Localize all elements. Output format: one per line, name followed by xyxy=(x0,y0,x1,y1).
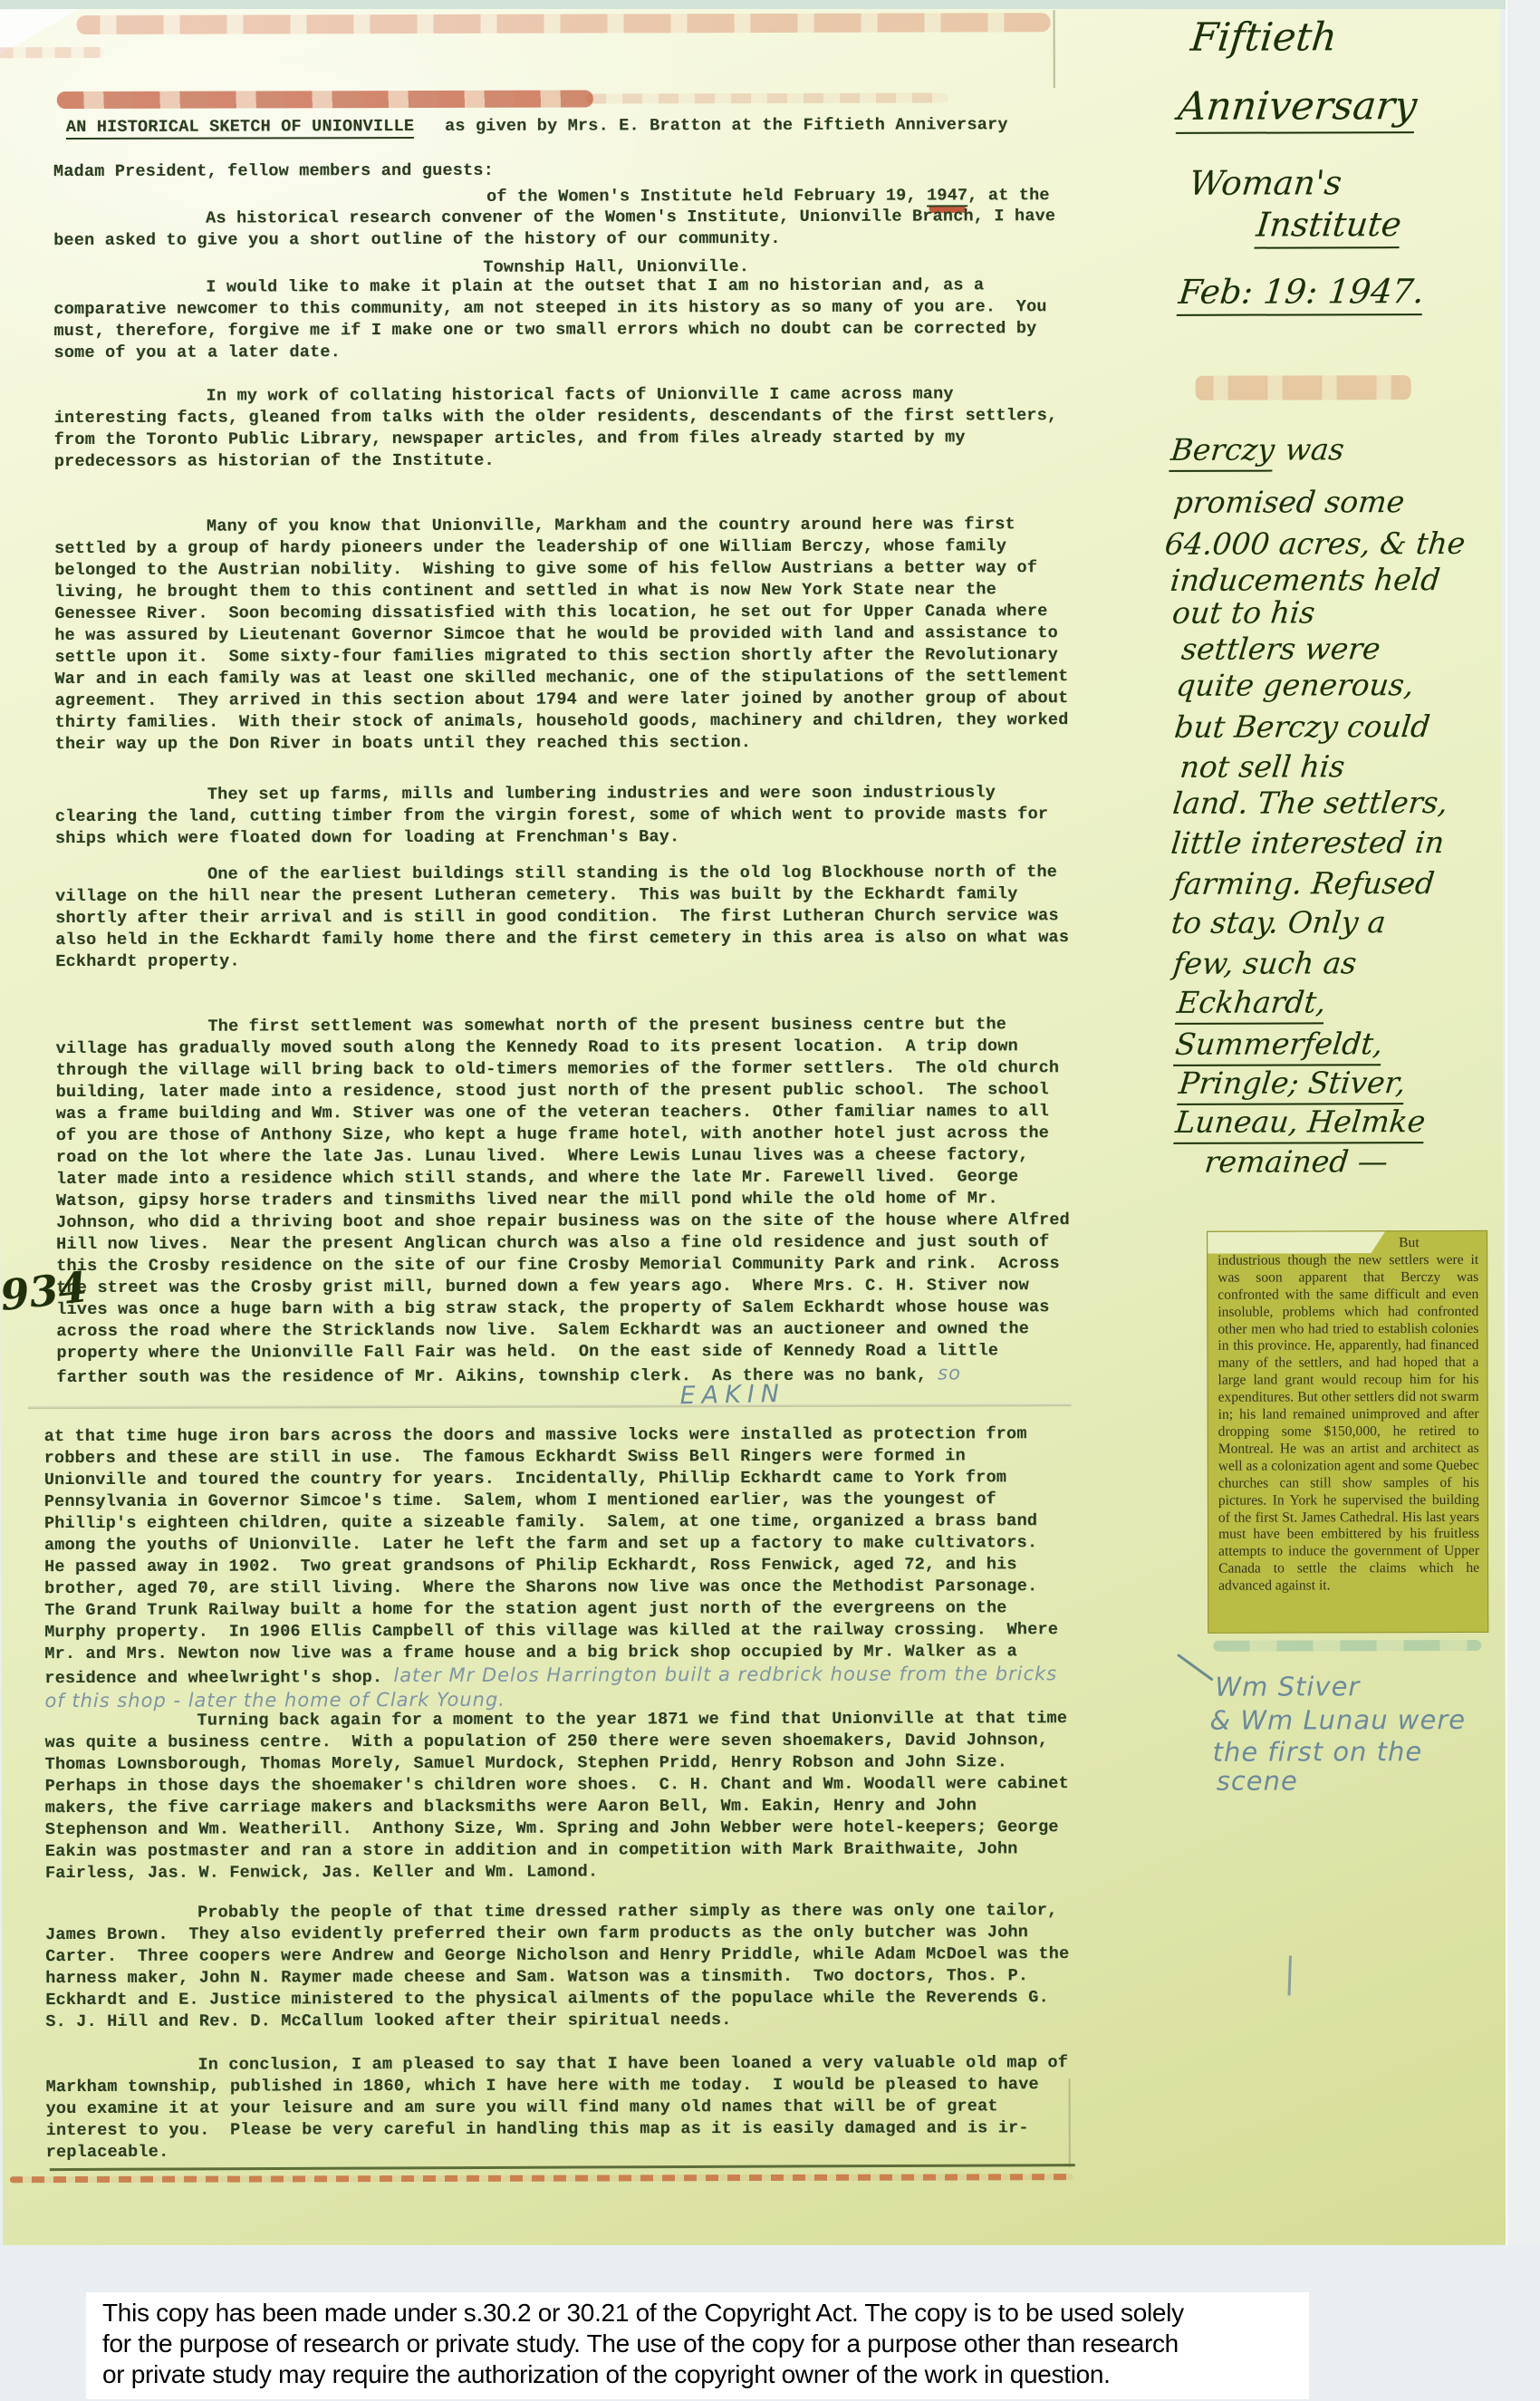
paragraph-10: Probably the people of that time dressed… xyxy=(45,1900,1074,2033)
margin-header-institute: Institute xyxy=(1255,205,1403,244)
crayon-smudge-margin xyxy=(1196,375,1411,400)
scan-edge-top xyxy=(0,0,1540,9)
paragraph-8: at that time huge iron bars across the d… xyxy=(44,1423,1074,1714)
stiver-note-line: scene xyxy=(1217,1765,1298,1796)
berczy-note-line: Berczywas xyxy=(1169,431,1346,468)
berczy-note-line: not sell his xyxy=(1179,748,1347,784)
paragraph-1: As historical research convener of the W… xyxy=(53,206,1070,252)
clipping-torn-corner xyxy=(1208,1231,1385,1254)
paragraph-11: In conclusion, I am pleased to say that … xyxy=(45,2052,1074,2164)
newspaper-clipping: But industrious though the new settlers … xyxy=(1207,1230,1488,1634)
scan-edge-right xyxy=(1506,0,1540,2249)
crayon-smudge-top-left xyxy=(0,47,104,58)
margin-header-date: Feb: 19: 1947. xyxy=(1177,272,1426,312)
underlined-year: 1947 xyxy=(927,186,967,207)
paragraph-3: In my work of collating historical facts… xyxy=(54,383,1071,473)
berczy-note-line: Eckhardt, xyxy=(1175,984,1327,1019)
teal-smudge xyxy=(1213,1640,1481,1652)
document-scan: AN HISTORICAL SKETCH OF UNIONVILLE as gi… xyxy=(0,0,1540,2401)
title-underlined: AN HISTORICAL SKETCH OF UNIONVILLE xyxy=(66,117,414,140)
margin-header-womans: Woman's xyxy=(1188,163,1343,202)
crayon-title-underline-tail xyxy=(586,92,948,103)
berczy-note-line: promised some xyxy=(1172,484,1406,520)
berczy-note-line: remained — xyxy=(1203,1143,1390,1180)
copyright-notice: This copy has been made under s.30.2 or … xyxy=(86,2292,1309,2399)
stiver-note-line: & Wm Lunau were xyxy=(1209,1704,1466,1736)
paragraph-9: Turning back again for a moment to the y… xyxy=(44,1708,1073,1885)
salutation: Madam President, fellow members and gues… xyxy=(53,159,1070,183)
berczy-note-line: 64.000 acres, & the xyxy=(1163,526,1467,562)
paragraph-5: They set up farms, mills and lumbering i… xyxy=(55,782,1072,850)
pencil-note-eakin: EAKIN xyxy=(679,1380,785,1410)
berczy-note-line: Luneau, Helmke xyxy=(1174,1104,1428,1140)
berczy-note-line: settlers were xyxy=(1179,631,1381,667)
clipping-text: But industrious though the new settlers … xyxy=(1218,1235,1479,1596)
berczy-note-line: quite generous, xyxy=(1175,667,1416,703)
paragraph-6: One of the earliest buildings still stan… xyxy=(55,862,1072,973)
paragraph-2: I would like to make it plain at the out… xyxy=(53,275,1070,364)
margin-header-anniversary: Anniversary xyxy=(1176,83,1419,130)
berczy-note-line: inducements held xyxy=(1169,562,1441,598)
pencil-addition-so: so xyxy=(938,1362,961,1384)
title-line-1: AN HISTORICAL SKETCH OF UNIONVILLE as gi… xyxy=(66,113,1099,140)
crayon-title-underline xyxy=(57,91,593,110)
copyright-line-1: This copy has been made under s.30.2 or … xyxy=(102,2298,1184,2328)
margin-header-fiftieth: Fiftieth xyxy=(1189,14,1339,60)
berczy-note-line: land. The settlers, xyxy=(1171,785,1449,821)
berczy-note-line: to stay. Only a xyxy=(1169,904,1387,940)
crayon-smudge-top xyxy=(77,13,1051,34)
stiver-note-line: the first on the xyxy=(1213,1736,1423,1768)
berczy-note-line: Pringle; Stiver, xyxy=(1178,1065,1408,1101)
berczy-note-line: Summerfeldt, xyxy=(1174,1026,1385,1062)
copyright-line-3: or private study may require the authori… xyxy=(102,2359,1111,2389)
berczy-note-line: few, such as xyxy=(1171,945,1358,981)
berczy-note-line: little interested in xyxy=(1169,824,1446,861)
scanned-paper: AN HISTORICAL SKETCH OF UNIONVILLE as gi… xyxy=(0,0,1540,2401)
berczy-note-line: out to his xyxy=(1170,594,1316,630)
berczy-note-line: but Berczy could xyxy=(1173,709,1432,745)
paragraph-4: Many of you know that Unionville, Markha… xyxy=(54,514,1072,756)
margin-number-mark: 934 xyxy=(0,1262,90,1320)
scan-edge-bottom: This copy has been made under s.30.2 or … xyxy=(0,2245,1540,2401)
paragraph-7: The first settlement was somewhat north … xyxy=(55,1014,1073,1389)
copyright-line-2: for the purpose of research or private s… xyxy=(102,2329,1179,2358)
berczy-note-line: farming. Refused xyxy=(1171,865,1436,902)
stiver-note-line: Wm Stiver xyxy=(1215,1671,1360,1702)
title-rest: as given by Mrs. E. Bratton at the Fifti… xyxy=(414,115,1008,136)
